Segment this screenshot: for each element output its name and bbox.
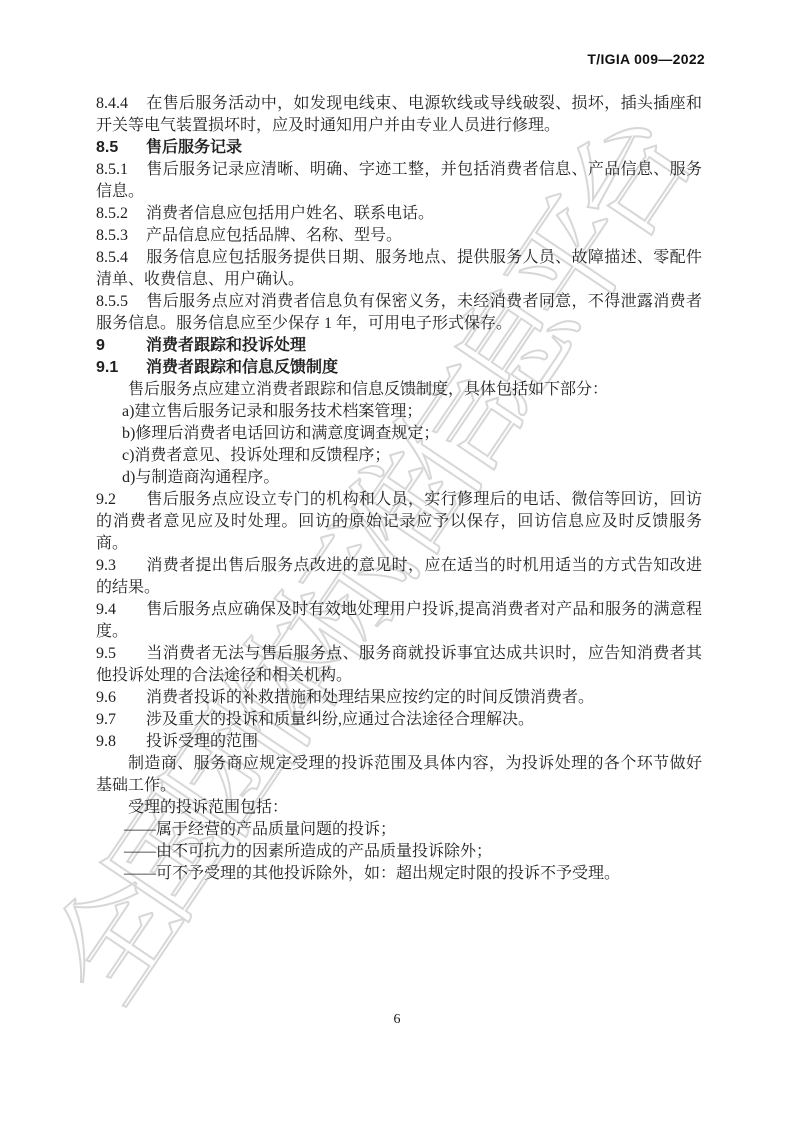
heading-text: 售后服务记录: [146, 139, 242, 156]
dash-item-quality-complaints: ——属于经营的产品质量问题的投诉；: [96, 819, 702, 841]
clause-number: 8.5.4: [96, 247, 146, 269]
document-body: 8.4.4在售后服务活动中，如发现电线束、电源软线或导线破裂、损坏，插头插座和开…: [96, 93, 702, 885]
clause-8-4-4: 8.4.4在售后服务活动中，如发现电线束、电源软线或导线破裂、损坏，插头插座和开…: [96, 93, 702, 137]
clause-9-4: 9.4售后服务点应确保及时有效地处理用户投诉,提高消费者对产品和服务的满意程度。: [96, 599, 702, 643]
clause-text: 售后服务记录应清晰、明确、字迹工整，并包括消费者信息、产品信息、服务信息。: [96, 161, 702, 200]
clause-8-5-5: 8.5.5售后服务点应对消费者信息负有保密义务，未经消费者同意，不得泄露消费者服…: [96, 291, 702, 335]
clause-number: 8.5.3: [96, 225, 146, 247]
clause-number: 8.4.4: [96, 93, 146, 115]
clause-text: 消费者投诉的补救措施和处理结果应按约定的时间反馈消费者。: [146, 689, 594, 706]
clause-text: 服务信息应包括服务提供日期、服务地点、提供服务人员、故障描述、零配件清单、收费信…: [96, 249, 702, 288]
clause-text: 售后服务点应对消费者信息负有保密义务，未经消费者同意，不得泄露消费者服务信息。服…: [96, 293, 702, 332]
clause-9-3: 9.3消费者提出售后服务点改进的意见时，应在适当的时机用适当的方式告知改进的结果…: [96, 555, 702, 599]
clause-number: 8.5.5: [96, 291, 146, 313]
paragraph-feedback-system: 售后服务点应建立消费者跟踪和信息反馈制度，具体包括如下部分：: [96, 379, 702, 401]
document-page: T/IGIA 009—2022 全国团体标准信息平台 8.4.4在售后服务活动中…: [0, 0, 794, 1123]
dash-item-other-exclusions: ——可不予受理的其他投诉除外，如：超出规定时限的投诉不予受理。: [96, 863, 702, 885]
clause-8-5-1: 8.5.1售后服务记录应清晰、明确、字迹工整，并包括消费者信息、产品信息、服务信…: [96, 159, 702, 203]
clause-9-2: 9.2售后服务点应设立专门的机构和人员，实行修理后的电话、微信等回访，回访的消费…: [96, 489, 702, 555]
heading-number: 8.5: [96, 137, 146, 159]
clause-number: 9.2: [96, 489, 146, 511]
clause-number: 9.4: [96, 599, 146, 621]
heading-number: 9.8: [96, 731, 146, 753]
heading-text: 消费者跟踪和信息反馈制度: [146, 359, 338, 376]
clause-number: 9.6: [96, 687, 146, 709]
clause-8-5-3: 8.5.3产品信息应包括品牌、名称、型号。: [96, 225, 702, 247]
dash-item-force-majeure: ——由不可抗力的因素所造成的产品质量投诉除外；: [96, 841, 702, 863]
heading-9: 9消费者跟踪和投诉处理: [96, 335, 702, 357]
clause-text: 售后服务点应确保及时有效地处理用户投诉,提高消费者对产品和服务的满意程度。: [96, 601, 702, 640]
clause-9-5: 9.5当消费者无法与售后服务点、服务商就投诉事宜达成共识时，应告知消费者其他投诉…: [96, 643, 702, 687]
clause-text: 当消费者无法与售后服务点、服务商就投诉事宜达成共识时，应告知消费者其他投诉处理的…: [96, 645, 702, 684]
heading-text: 消费者跟踪和投诉处理: [146, 337, 306, 354]
paragraph-complaint-scope-intro: 制造商、服务商应规定受理的投诉范围及具体内容，为投诉处理的各个环节做好基础工作。: [96, 753, 702, 797]
clause-number: 8.5.2: [96, 203, 146, 225]
heading-text: 投诉受理的范围: [146, 733, 258, 750]
document-code-header: T/IGIA 009—2022: [587, 51, 705, 67]
heading-8-5: 8.5售后服务记录: [96, 137, 702, 159]
heading-number: 9.1: [96, 357, 146, 379]
clause-number: 9.3: [96, 555, 146, 577]
clause-text: 消费者信息应包括用户姓名、联系电话。: [146, 205, 434, 222]
clause-text: 消费者提出售后服务点改进的意见时，应在适当的时机用适当的方式告知改进的结果。: [96, 557, 702, 596]
clause-9-6: 9.6消费者投诉的补救措施和处理结果应按约定的时间反馈消费者。: [96, 687, 702, 709]
clause-text: 售后服务点应设立专门的机构和人员，实行修理后的电话、微信等回访，回访的消费者意见…: [96, 491, 702, 552]
clause-number: 8.5.1: [96, 159, 146, 181]
clause-8-5-4: 8.5.4服务信息应包括服务提供日期、服务地点、提供服务人员、故障描述、零配件清…: [96, 247, 702, 291]
heading-9-8: 9.8投诉受理的范围: [96, 731, 702, 753]
clause-number: 9.5: [96, 643, 146, 665]
clause-8-5-2: 8.5.2消费者信息应包括用户姓名、联系电话。: [96, 203, 702, 225]
clause-text: 涉及重大的投诉和质量纠纷,应通过合法途径合理解决。: [146, 711, 534, 728]
list-item-c: c)消费者意见、投诉处理和反馈程序；: [96, 445, 702, 467]
clause-number: 9.7: [96, 709, 146, 731]
paragraph-scope-includes: 受理的投诉范围包括：: [96, 797, 702, 819]
list-item-b: b)修理后消费者电话回访和满意度调查规定；: [96, 423, 702, 445]
heading-9-1: 9.1消费者跟踪和信息反馈制度: [96, 357, 702, 379]
clause-text: 产品信息应包括品牌、名称、型号。: [146, 227, 402, 244]
list-item-d: d)与制造商沟通程序。: [96, 467, 702, 489]
list-item-a: a)建立售后服务记录和服务技术档案管理；: [96, 401, 702, 423]
clause-text: 在售后服务活动中，如发现电线束、电源软线或导线破裂、损坏，插头插座和开关等电气装…: [96, 95, 702, 134]
clause-9-7: 9.7涉及重大的投诉和质量纠纷,应通过合法途径合理解决。: [96, 709, 702, 731]
heading-number: 9: [96, 335, 146, 357]
page-number: 6: [0, 1012, 794, 1028]
